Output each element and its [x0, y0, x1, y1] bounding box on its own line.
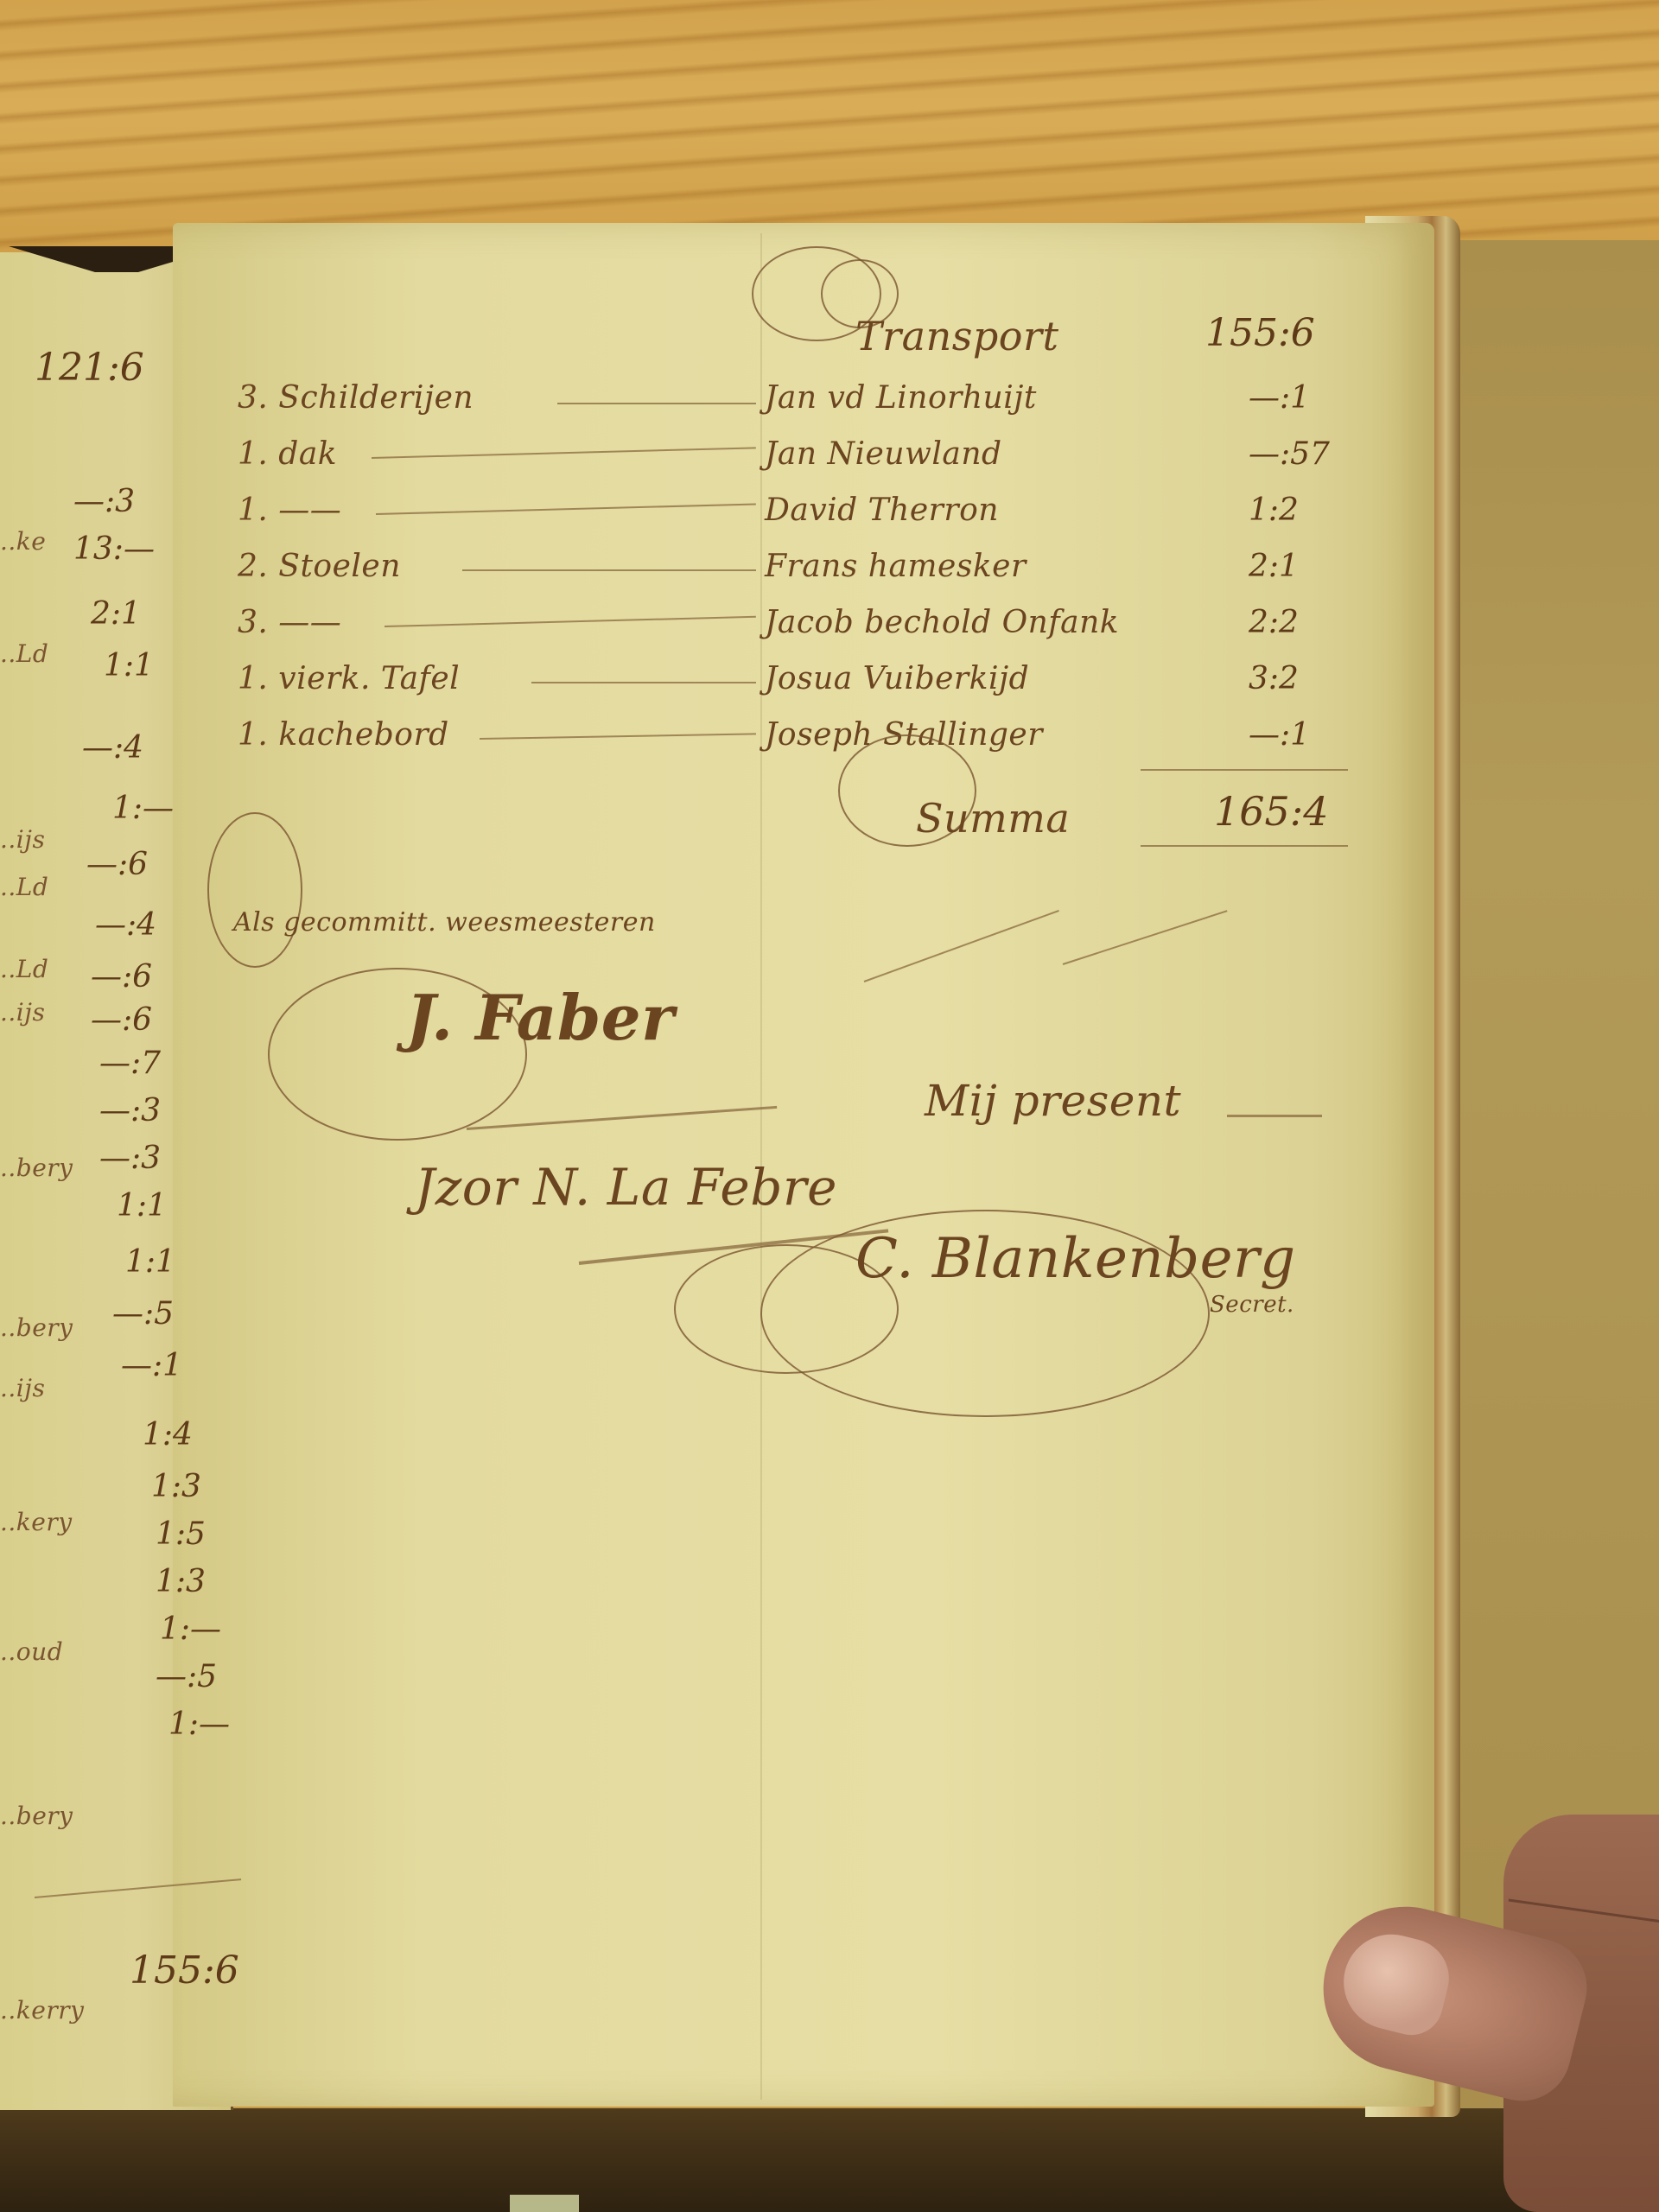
left-name-fragment: ..ijs	[0, 1374, 45, 1402]
left-amount: 13:—	[73, 531, 155, 567]
table-row: 2. Stoelen Frans hamesker 2:1	[238, 549, 1361, 601]
leader-line	[557, 403, 756, 404]
left-amount: —:1	[121, 1348, 182, 1383]
item-buyer: Jan Nieuwland	[765, 436, 1002, 472]
left-name-fragment: ..bery	[0, 1802, 73, 1830]
left-total-value: 155:6	[130, 1948, 239, 1993]
signature-faber: J. Faber	[406, 981, 675, 1054]
table-row: 1. vierk. Tafel Josua Vuiberkijd 3:2	[238, 661, 1361, 713]
left-amount: 1:3	[151, 1469, 201, 1504]
flourish-icon	[207, 812, 302, 968]
left-amount: 1:—	[160, 1611, 221, 1647]
left-amount: 1:—	[168, 1707, 230, 1742]
item-description: 3. Schilderijen	[238, 380, 474, 416]
table-row: 1. dak Jan Nieuwland —:57	[238, 436, 1361, 488]
left-amount: —:3	[99, 1141, 161, 1176]
item-amount: 3:2	[1249, 661, 1299, 696]
item-amount: 2:1	[1249, 549, 1299, 584]
left-name-fragment: ..ke	[0, 527, 46, 556]
signature-lefebre: Jzor N. La Febre	[415, 1158, 837, 1217]
leader-line	[376, 503, 756, 515]
left-amount: —:7	[99, 1046, 161, 1081]
left-name-fragment: ..ijs	[0, 998, 45, 1027]
left-amount: 1:4	[143, 1417, 193, 1452]
item-buyer: Frans hamesker	[765, 549, 1027, 584]
table-row: 3. —— Jacob bechold Onfank 2:2	[238, 605, 1361, 657]
item-description: 1. dak	[238, 436, 337, 472]
left-amount: —:3	[99, 1093, 161, 1128]
summary-label: Summa	[916, 795, 1070, 842]
left-amount: 2:1	[91, 596, 141, 632]
left-name-fragment: ..bery	[0, 1154, 73, 1182]
summary-rule-bottom	[1141, 845, 1348, 847]
summary-value: 165:4	[1214, 788, 1329, 835]
item-amount: —:1	[1249, 380, 1310, 416]
item-buyer: Jacob bechold Onfank	[765, 605, 1119, 640]
table-row: 3. Schilderijen Jan vd Linorhuijt —:1	[238, 380, 1361, 432]
left-name-fragment: ..Ld	[0, 955, 48, 983]
left-name-fragment: ..Ld	[0, 639, 48, 668]
left-carried-value: 121:6	[35, 346, 144, 390]
transport-label: Transport	[855, 313, 1058, 359]
leader-line	[462, 569, 756, 571]
left-name-fragment: ..oud	[0, 1637, 63, 1666]
item-buyer: David Therron	[765, 493, 999, 528]
signature-clerk: C. Blankenberg	[855, 1227, 1296, 1291]
leader-line	[531, 682, 756, 683]
item-amount: 1:2	[1249, 493, 1299, 528]
witness-prefix: Mij present	[925, 1076, 1181, 1126]
left-amount: —:6	[86, 847, 148, 882]
item-amount: 2:2	[1249, 605, 1299, 640]
leader-line	[385, 616, 756, 627]
item-amount: —:57	[1249, 436, 1330, 472]
left-amount: 1:1	[104, 648, 154, 683]
item-description: 2. Stoelen	[238, 549, 401, 584]
left-amount: —:6	[91, 959, 152, 995]
closing-statement: Als gecommitt. weesmeesteren	[233, 907, 656, 938]
left-amount: —:5	[112, 1296, 174, 1332]
left-amount: —:5	[156, 1659, 217, 1694]
left-name-fragment: ..ijs	[0, 825, 45, 854]
item-description: 3. ——	[238, 605, 341, 640]
left-amount: 1:1	[125, 1244, 175, 1280]
item-description: 1. kachebord	[238, 717, 449, 753]
table-row: 1. kachebord Joseph Stallinger —:1	[238, 717, 1361, 769]
left-name-fragment: ..kerry	[0, 1996, 84, 2024]
left-amount: —:6	[91, 1002, 152, 1038]
item-description: 1. ——	[238, 493, 341, 528]
item-amount: —:1	[1249, 717, 1310, 753]
left-amount: 1:—	[112, 791, 174, 826]
left-amount: 1:3	[156, 1564, 206, 1599]
leader-line	[480, 733, 756, 740]
transport-value: 155:6	[1205, 311, 1315, 355]
box-gap	[510, 2195, 579, 2212]
item-description: 1. vierk. Tafel	[238, 661, 460, 696]
left-amount: —:4	[95, 907, 156, 943]
table-row: 1. —— David Therron 1:2	[238, 493, 1361, 544]
left-amount: 1:1	[117, 1188, 167, 1224]
box-bottom-shadow	[0, 2108, 1659, 2212]
left-name-fragment: ..kery	[0, 1508, 73, 1536]
leader-line	[372, 447, 756, 459]
item-buyer: Josua Vuiberkijd	[765, 661, 1029, 696]
left-amount: —:4	[82, 730, 143, 766]
left-amount: 1:5	[156, 1516, 206, 1552]
left-amount: —:3	[73, 484, 135, 519]
summary-rule-top	[1141, 769, 1348, 771]
clerk-title: Secret.	[1210, 1292, 1294, 1318]
item-buyer: Jan vd Linorhuijt	[765, 380, 1037, 416]
left-name-fragment: ..Ld	[0, 873, 48, 901]
left-name-fragment: ..bery	[0, 1313, 73, 1342]
witness-underline	[1227, 1115, 1322, 1117]
